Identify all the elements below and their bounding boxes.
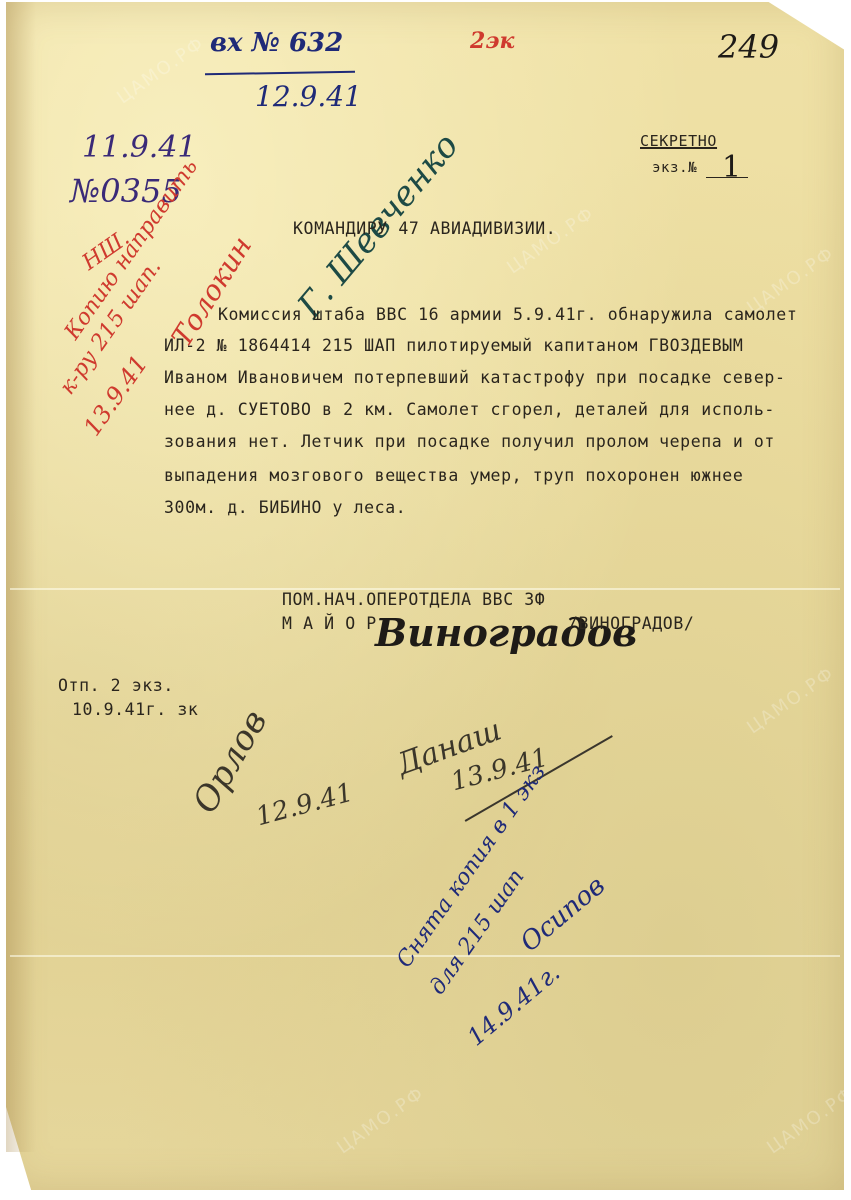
body-line: 300м. д. БИБИНО у леса. <box>164 498 406 517</box>
copy-underline <box>706 177 748 178</box>
secret-stamp: СЕКРЕТНО <box>640 132 717 150</box>
body-line: ИЛ-2 № 1864414 215 ШАП пилотируемый капи… <box>164 336 743 355</box>
paper-edge-stain <box>6 2 36 1152</box>
signatory-position: ПОМ.НАЧ.ОПЕРОТДЕЛА ВВС ЗФ <box>282 590 545 609</box>
body-line: нее д. СУЕТОВО в 2 км. Самолет сгорел, д… <box>164 400 775 419</box>
fold-line <box>10 955 840 957</box>
copy-number: 1 <box>722 150 741 185</box>
incoming-number: вх № 632 <box>210 28 343 58</box>
body-line: Иваном Ивановичем потерпевший катастрофу… <box>164 368 786 387</box>
body-line: зования нет. Летчик при посадке получил … <box>164 432 775 451</box>
addressee: КОМАНДИРУ 47 АВИАДИВИЗИИ. <box>293 219 556 238</box>
dispatch-copies: Отп. 2 экз. <box>58 676 174 695</box>
body-line: Комиссия штаба ВВС 16 армии 5.9.41г. обн… <box>218 305 797 324</box>
dispatch-date: 10.9.41г. зк <box>72 700 198 719</box>
sheet-number: 249 <box>718 28 779 66</box>
signatory-rank: М А Й О Р <box>282 614 377 633</box>
incoming-date: 12.9.41 <box>255 80 362 113</box>
copy-label: экз.№ <box>652 160 697 176</box>
body-line: выпадения мозгового вещества умер, труп … <box>164 466 743 485</box>
signatory-name: /ВИНОГРАДОВ/ <box>568 614 694 633</box>
copies-note: 2эк <box>470 28 514 54</box>
